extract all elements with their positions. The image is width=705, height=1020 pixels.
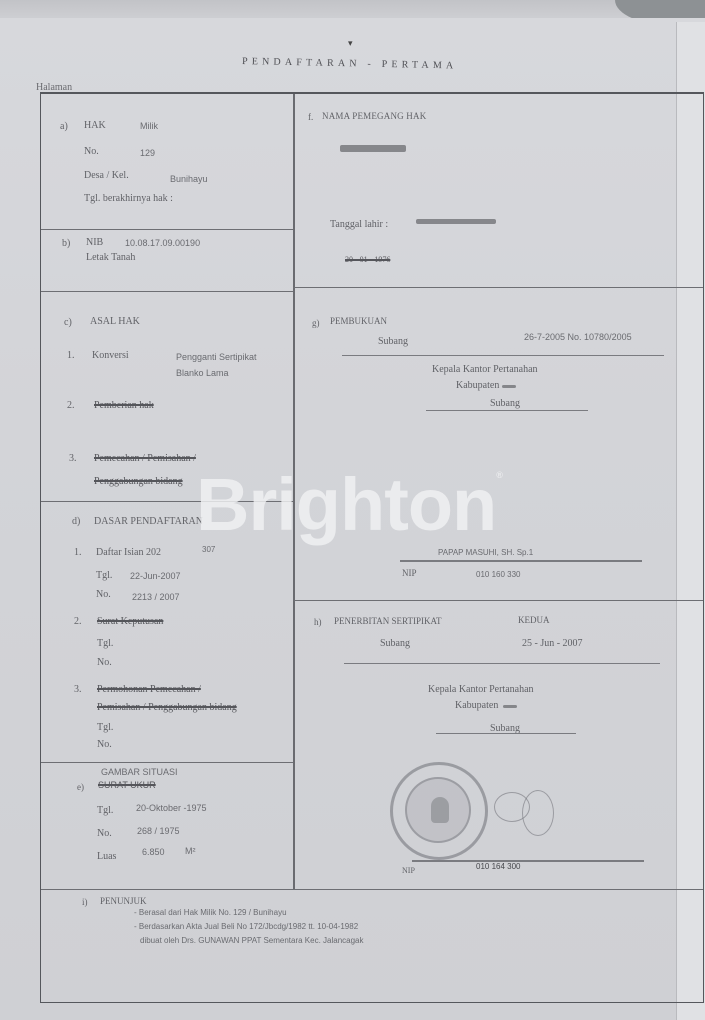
hak-label: HAK bbox=[84, 120, 106, 131]
section-b-marker: b) bbox=[62, 238, 70, 249]
h-signature-line bbox=[412, 860, 644, 862]
h-nip-value: 010 164 300 bbox=[476, 862, 521, 871]
gambar-situasi-heading: GAMBAR SITUASI bbox=[101, 767, 178, 777]
surat-keputusan-struck: Surat Keputusan bbox=[97, 616, 163, 627]
registered-mark-icon: ® bbox=[496, 470, 502, 480]
hak-no-label: No. bbox=[84, 146, 99, 157]
section-e-marker: e) bbox=[77, 782, 84, 792]
letak-tanah-label: Letak Tanah bbox=[86, 252, 135, 263]
section-h-marker: h) bbox=[314, 617, 322, 627]
asal-item1-number: 1. bbox=[67, 350, 75, 361]
tick-mark: ▾ bbox=[348, 38, 353, 49]
d1-no-value: 2213 / 2007 bbox=[132, 592, 180, 602]
h-officer-line2: Kabupaten bbox=[455, 700, 498, 711]
penunjuk-line3: dibuat oleh Drs. GUNAWAN PPAT Sementara … bbox=[140, 936, 364, 945]
divider-d-e bbox=[41, 762, 293, 763]
dasar-item3-number: 3. bbox=[74, 684, 82, 695]
section-c-marker: c) bbox=[64, 317, 72, 328]
section-f-marker: f. bbox=[308, 112, 313, 122]
h-date: 25 - Jun - 2007 bbox=[522, 638, 583, 649]
divider-i bbox=[41, 889, 703, 890]
luas-label: Luas bbox=[97, 851, 116, 862]
hak-no-value: 129 bbox=[140, 148, 155, 158]
asal-hak-heading: ASAL HAK bbox=[90, 316, 140, 327]
surat-ukur-struck: SURAT UKUR bbox=[98, 780, 156, 790]
g-kabupaten-redacted bbox=[502, 385, 516, 388]
dasar-item2-number: 2. bbox=[74, 616, 82, 627]
d3-no-label: No. bbox=[97, 739, 112, 750]
h-city-underline bbox=[436, 733, 576, 734]
daftar-isian-label: Daftar Isian 202 bbox=[96, 547, 161, 558]
g-officer-line2: Kabupaten bbox=[456, 380, 499, 391]
g-signer-name: PAPAP MASUHI, SH. Sp.1 bbox=[438, 548, 533, 557]
h-nip-label: NIP bbox=[402, 866, 415, 875]
konversi-value-line1: Pengganti Sertipikat bbox=[176, 352, 257, 362]
section-i-marker: i) bbox=[82, 897, 88, 907]
asal-item2-number: 2. bbox=[67, 400, 75, 411]
e-tgl-label: Tgl. bbox=[97, 805, 113, 816]
watermark-text: Brighton bbox=[196, 463, 496, 546]
h-date-underline bbox=[344, 663, 660, 664]
penunjuk-line2: - Berdasarkan Akta Jual Beli No 172/Jbcd… bbox=[134, 922, 358, 931]
d3-tgl-label: Tgl. bbox=[97, 722, 113, 733]
divider-g-h bbox=[293, 600, 703, 601]
luas-unit: M² bbox=[185, 846, 196, 856]
pemberian-hak-struck: Pemberian hak bbox=[94, 400, 154, 411]
section-d-marker: d) bbox=[72, 516, 80, 527]
pemecahan-struck-line2: Penggabungan bidang bbox=[94, 476, 183, 487]
penerbitan-suffix: KEDUA bbox=[518, 615, 550, 625]
nama-pemegang-heading: NAMA PEMEGANG HAK bbox=[322, 111, 426, 121]
g-nip-value: 010 160 330 bbox=[476, 570, 521, 579]
holder-name-redacted bbox=[340, 145, 406, 152]
d2-no-label: No. bbox=[97, 657, 112, 668]
e-tgl-value: 20-Oktober -1975 bbox=[136, 803, 207, 813]
divider-f-g bbox=[293, 287, 703, 288]
desa-label: Desa / Kel. bbox=[84, 170, 129, 181]
permohonan-struck-line1: Permohonan Pemecahan / bbox=[97, 684, 201, 695]
h-place: Subang bbox=[380, 638, 410, 649]
penunjuk-heading: PENUNJUK bbox=[100, 896, 147, 906]
penunjuk-line1: - Berasal dari Hak Milik No. 129 / Bunih… bbox=[134, 908, 287, 917]
official-stamp bbox=[390, 762, 488, 860]
birth-date-struck: 20 - 01 - 1976 bbox=[345, 255, 390, 264]
garuda-emblem-icon bbox=[431, 797, 449, 823]
h-kabupaten-redacted bbox=[503, 705, 517, 708]
g-signature-line bbox=[400, 560, 642, 562]
divider-b-c bbox=[41, 291, 293, 292]
g-place: Subang bbox=[378, 336, 408, 347]
divider-a-b bbox=[41, 229, 293, 230]
section-a-marker: a) bbox=[60, 121, 68, 132]
asal-item3-number: 3. bbox=[69, 453, 77, 464]
pembukuan-heading: PEMBUKUAN bbox=[330, 316, 387, 326]
nib-label: NIB bbox=[86, 237, 103, 248]
e-no-label: No. bbox=[97, 828, 112, 839]
dasar-item1-number: 1. bbox=[74, 547, 82, 558]
section-g-marker: g) bbox=[312, 318, 320, 328]
tgl-berakhir-label: Tgl. berakhirnya hak : bbox=[84, 193, 173, 204]
e-no-value: 268 / 1975 bbox=[137, 826, 180, 836]
h-officer-line1: Kepala Kantor Pertanahan bbox=[428, 684, 534, 695]
luas-value: 6.850 bbox=[142, 847, 165, 857]
brighton-watermark: Brighton® bbox=[196, 462, 502, 547]
konversi-label: Konversi bbox=[92, 350, 129, 361]
d1-tgl-label: Tgl. bbox=[96, 570, 112, 581]
permohonan-struck-line2: Pemisahan / Penggabungan bidang bbox=[97, 702, 237, 713]
nib-value: 10.08.17.09.00190 bbox=[125, 238, 200, 248]
konversi-value-line2: Blanko Lama bbox=[176, 368, 229, 378]
penerbitan-heading: PENERBITAN SERTIPIKAT bbox=[334, 616, 442, 626]
g-date-underline bbox=[342, 355, 664, 356]
birth-place-redacted bbox=[416, 219, 496, 224]
d1-no-label: No. bbox=[96, 589, 111, 600]
tanggal-lahir-label: Tanggal lahir : bbox=[330, 219, 388, 230]
g-officer-line1: Kepala Kantor Pertanahan bbox=[432, 364, 538, 375]
hak-value: Milik bbox=[140, 121, 158, 131]
g-officer-city: Subang bbox=[490, 398, 520, 409]
signature-loop-2 bbox=[522, 790, 554, 836]
g-nip-label: NIP bbox=[402, 568, 417, 578]
d2-tgl-label: Tgl. bbox=[97, 638, 113, 649]
g-date-number: 26-7-2005 No. 10780/2005 bbox=[524, 332, 632, 342]
desa-value: Bunihayu bbox=[170, 174, 208, 184]
dasar-pendaftaran-heading: DASAR PENDAFTARAN bbox=[94, 516, 203, 527]
stamp-inner-ring bbox=[405, 777, 471, 843]
pemecahan-struck-line1: Pemecahan / Pemisahan / bbox=[94, 453, 196, 464]
g-city-underline bbox=[426, 410, 588, 411]
d1-tgl-value: 22-Jun-2007 bbox=[130, 571, 181, 581]
